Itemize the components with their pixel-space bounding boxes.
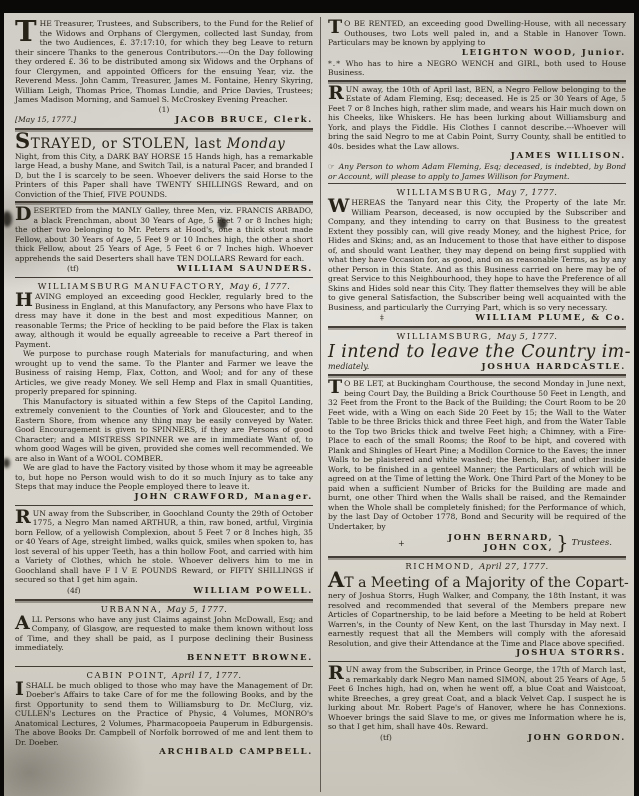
footnote-mark: + (398, 539, 405, 548)
notice-cabin-point-books: CABIN POINT, April 17, 1777. ISHALL be m… (15, 670, 313, 759)
notice-manufactory: WILLIAMSBURG MANUFACTORY, May 6, 1777. H… (15, 281, 313, 503)
notice-body: RUN away from the Subscriber, in Goochla… (15, 509, 313, 585)
signature-line: [May 15, 1777.] JACOB BRUCE, Clerk. (15, 114, 313, 126)
lead-cap: A (328, 567, 344, 592)
notice-body: ISHALL be much obliged to those who may … (15, 681, 313, 748)
lead-text: T a Meeting of a Majority of the Copart- (344, 575, 628, 591)
signature-line: (tf) WILLIAM SAUNDERS. (15, 263, 313, 275)
notice-body: WHEREAS the Tanyard near this City, the … (328, 198, 626, 312)
notice-text: HEREAS the Tanyard near this City, the P… (328, 198, 626, 312)
section-rule (15, 599, 313, 601)
signature: JOSHUA HARDCASTLE. (482, 362, 626, 372)
notice-text: UN away, the 10th of April last, BEN, a … (328, 85, 626, 151)
scan-edge-top (0, 0, 639, 13)
drop-cap: I (15, 682, 24, 697)
dateline: WILLIAMSBURG MANUFACTORY, May 6, 1777. (15, 281, 313, 292)
footnote-mark: (1) (15, 105, 313, 114)
drop-cap: A (15, 616, 30, 631)
headline-text: TRAYED, or STOLEN, last (31, 136, 227, 152)
signature-line: JOSHUA STORRS. (328, 648, 626, 659)
signature-line: BENNETT BROWNE. (15, 653, 313, 664)
notice-body: DESERTED from the MANLY Galley, three Me… (15, 206, 313, 263)
section-rule (15, 666, 313, 667)
headline-cap: S (15, 128, 31, 153)
section-rule (15, 277, 313, 278)
dateline-date: May 5, 1777. (167, 604, 227, 614)
section-rule (15, 505, 313, 506)
dateline-place: CABIN POINT, (87, 670, 173, 680)
notice-strayed-horse: STRAYED, or STOLEN, last Monday Night, f… (15, 133, 313, 200)
signature: JAMES WILLISON. (511, 151, 626, 162)
dateline: URBANNA, May 5, 1777. (15, 604, 313, 615)
signature-line: ‡ WILLIAM PLUME, & Co. (328, 312, 626, 324)
trustee-role: Trustees. (571, 538, 612, 548)
notice-urbanna-claims: URBANNA, May 5, 1777. ALL Persons who ha… (15, 604, 313, 664)
signature: JACOB BRUCE, Clerk. (175, 115, 313, 126)
signature-line: LEIGHTON WOOD, Junior. (328, 48, 626, 59)
signature: JOHN CRAWFORD, Manager. (135, 492, 313, 503)
dateline-date: April 17, 1777. (172, 670, 241, 680)
notice-courthouse-let: TO BE LET, at Buckingham Courthouse, the… (328, 379, 626, 554)
left-column: THE Treasurer, Trustees, and Subscribers… (15, 19, 313, 760)
signature-line: JAMES WILLISON. (328, 151, 626, 162)
notice-deserted-galley: DESERTED from the MANLY Galley, three Me… (15, 206, 313, 275)
notice-text: O BE LET, at Buckingham Courthouse, the … (328, 379, 626, 531)
notice-display-line: I intend to leave the Country im- (328, 342, 626, 362)
section-rule (328, 661, 626, 662)
signature-line: ARCHIBALD CAMPBELL. (15, 747, 313, 758)
dateline-date: May 7, 1777. (497, 187, 557, 197)
section-rule (15, 201, 313, 203)
drop-cap: R (328, 86, 344, 101)
drop-cap: T (328, 380, 342, 395)
signature: WILLIAM PLUME, & Co. (475, 313, 626, 324)
dateline: RICHMOND, April 27, 1777. (328, 561, 626, 572)
drop-cap: T (15, 20, 37, 43)
drop-cap: R (328, 666, 344, 681)
notice-headline: STRAYED, or STOLEN, last Monday (15, 133, 313, 152)
section-rule (328, 183, 626, 184)
notice-lead-line: AT a Meeting of a Majority of the Copart… (328, 572, 626, 591)
dateline-place: URBANNA, (101, 604, 167, 614)
notice-text: LL Persons who have any just Claims agai… (15, 615, 313, 653)
trustee-name: JOHN BERNARD, (448, 533, 553, 543)
signature: WILLIAM POWELL. (193, 586, 313, 597)
dateline-bracket: [May 15, 1777.] (15, 114, 76, 125)
section-rule (328, 326, 626, 328)
scan-edge-right (634, 0, 639, 796)
signature: LEIGHTON WOOD, Junior. (462, 48, 626, 59)
notice-text: ESERTED from the MANLY Galley, three Men… (15, 206, 313, 263)
signature-line: mediately. JOSHUA HARDCASTLE. (328, 362, 626, 372)
footnote-mark: ‡ (380, 312, 384, 323)
dateline-date: May 6, 1777. (230, 281, 290, 291)
drop-cap: D (15, 207, 31, 222)
section-rule (328, 80, 626, 82)
notice-text: SHALL be much obliged to those who may h… (15, 681, 313, 747)
manicule-icon: ☞ (328, 162, 336, 171)
notice-runaway-simon: RUN away from the Subscriber, in Prince … (328, 665, 626, 744)
notice-leaving-country: WILLIAMSBURG, May 5, 1777. I intend to l… (328, 331, 626, 372)
notice-body: ALL Persons who have any just Claims aga… (15, 615, 313, 653)
section-rule (15, 128, 313, 130)
signature: ARCHIBALD CAMPBELL. (159, 747, 313, 758)
notice-text: HE Treasurer, Trustees, and Subscribers,… (15, 19, 313, 104)
section-rule (328, 374, 626, 376)
section-rule (328, 556, 626, 558)
notice-text: UN away from the Subscriber, in Prince G… (328, 665, 626, 731)
dateline-place: RICHMOND, (405, 561, 479, 571)
notice-runaway-ben: RUN away, the 10th of April last, BEN, a… (328, 85, 626, 182)
signature-line: JOHN CRAWFORD, Manager. (15, 492, 313, 503)
notice-body: HAVING employed an exceeding good Heckle… (15, 292, 313, 349)
paper-sheet: THE Treasurer, Trustees, and Subscribers… (4, 13, 634, 796)
dateline-date: May 5, 1777. (497, 331, 557, 341)
note-text: Who has to hire a NEGRO WENCH and GIRL, … (328, 59, 626, 78)
dateline-place: WILLIAMSBURG, (397, 331, 497, 341)
footnote-mark: (4f) (67, 585, 81, 596)
continuation-text: mediately. (328, 362, 369, 371)
footnote-mark: (tf) (380, 732, 392, 743)
notice-copartnery-meeting: RICHMOND, April 27, 1777. AT a Meeting o… (328, 561, 626, 659)
signature-line: (4f) WILLIAM POWELL. (15, 585, 313, 597)
asterism-mark: *­.* (328, 59, 341, 68)
notice-text: UN away from the Subscriber, in Goochlan… (15, 509, 313, 585)
trustee-name: JOHN COX, (448, 543, 553, 553)
notice-clergy-fund: THE Treasurer, Trustees, and Subscribers… (15, 19, 313, 126)
signature: JOSHUA STORRS. (516, 648, 626, 659)
right-column: TO BE RENTED, an exceeding good Dwelling… (328, 19, 626, 746)
signature: WILLIAM SAUNDERS. (177, 264, 313, 275)
notice-tanyard: WILLIAMSBURG, May 7, 1777. WHEREAS the T… (328, 187, 626, 324)
note-text: Any Person to whom Adam Fleming, Esq; de… (328, 162, 626, 181)
notice-to-be-rented: TO BE RENTED, an exceeding good Dwelling… (328, 19, 626, 78)
dateline: WILLIAMSBURG, May 7, 1777. (328, 187, 626, 198)
brace-glyph: } (556, 532, 568, 554)
drop-cap: R (15, 510, 31, 525)
notice-runaway-arthur: RUN away from the Subscriber, in Goochla… (15, 509, 313, 597)
notice-text: O BE RENTED, an exceeding good Dwelling-… (328, 19, 626, 47)
notice-body: Night, from this City, a DARK BAY HORSE … (15, 152, 313, 200)
dateline: CABIN POINT, April 17, 1777. (15, 670, 313, 681)
dateline-place: WILLIAMSBURG, (397, 187, 497, 197)
notice-paragraph: This Manufactory is situated within a fe… (15, 397, 313, 464)
dateline: WILLIAMSBURG, May 5, 1777. (328, 331, 626, 342)
notice-paragraph: We are glad to have the Factory visited … (15, 463, 313, 492)
newspaper-page-scan: THE Treasurer, Trustees, and Subscribers… (0, 0, 639, 796)
notice-body: TO BE RENTED, an exceeding good Dwelling… (328, 19, 626, 48)
notice-note: ☞ Any Person to whom Adam Fleming, Esq; … (328, 162, 626, 181)
ink-blot (4, 211, 12, 227)
notice-body: RUN away from the Subscriber, in Prince … (328, 665, 626, 732)
dateline-date: April 27, 1777. (479, 561, 548, 571)
notice-note: *­.* Who has to hire a NEGRO WENCH and G… (328, 59, 626, 78)
signature: JOHN GORDON. (528, 733, 626, 744)
signature-line: (tf) JOHN GORDON. (328, 732, 626, 744)
drop-cap: H (15, 293, 33, 308)
column-divider-rule (320, 17, 321, 792)
drop-cap: W (328, 199, 349, 214)
notice-paragraph: We purpose to purchase rough Materials f… (15, 349, 313, 397)
trustee-names: JOHN BERNARD, JOHN COX, (448, 533, 553, 553)
footnote-mark: (tf) (67, 263, 79, 274)
drop-cap: T (328, 20, 342, 35)
signature: BENNETT BROWNE. (187, 653, 313, 664)
headline-italic: Monday (227, 136, 286, 152)
notice-body: THE Treasurer, Trustees, and Subscribers… (15, 19, 313, 105)
notice-text: AVING employed an exceeding good Heckler… (15, 292, 313, 349)
notice-body: TO BE LET, at Buckingham Courthouse, the… (328, 379, 626, 531)
notice-body: nery of Joshua Storrs, Hugh Walker, and … (328, 591, 626, 648)
ink-blot (4, 458, 10, 468)
notice-body: RUN away, the 10th of April last, BEN, a… (328, 85, 626, 152)
dateline-place: WILLIAMSBURG MANUFACTORY, (38, 281, 230, 291)
trustees-signature-block: + JOHN BERNARD, JOHN COX, } Trustees. (328, 532, 626, 554)
